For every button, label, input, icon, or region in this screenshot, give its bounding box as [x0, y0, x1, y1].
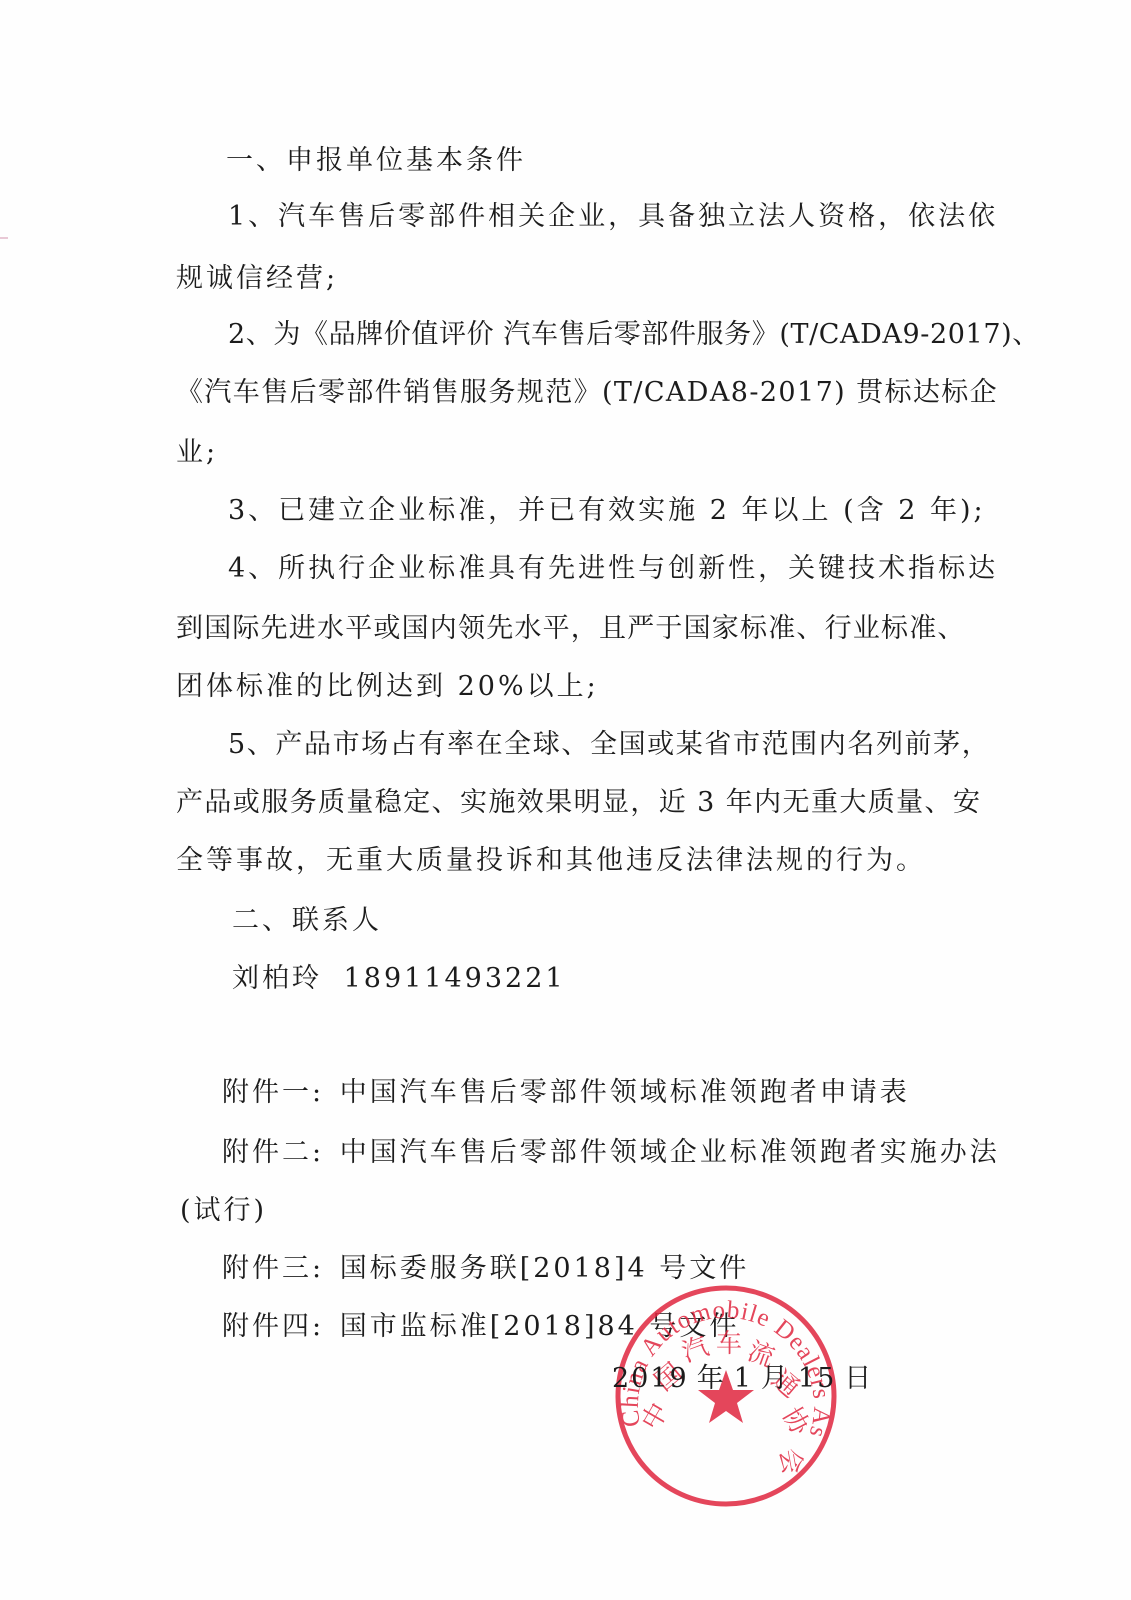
attachment-3: 附件三: 国标委服务联[2018]4 号文件 — [222, 1252, 749, 1286]
date-year: 2019 — [612, 1363, 689, 1394]
attachment-label: 附件四: — [222, 1311, 324, 1342]
condition-item-4-line-3: 团体标准的比例达到 20%以上; — [176, 670, 599, 704]
condition-item-3-line-1: 3、已建立企业标准，并已有效实施 2 年以上 (含 2 年); — [228, 494, 986, 528]
date-day: 15 — [798, 1363, 836, 1394]
svg-text:会: 会 — [773, 1446, 807, 1477]
attachment-label: 附件三: — [222, 1253, 324, 1284]
condition-item-2-line-2: 《汽车售后零部件销售服务规范》(T/CADA8-2017) 贯标达标企 — [176, 376, 998, 410]
date-month: 1 — [734, 1363, 753, 1394]
svg-text:中: 中 — [636, 1398, 675, 1436]
attachment-1: 附件一: 中国汽车售后零部件领域标准领跑者申请表 — [222, 1076, 910, 1110]
condition-item-4-line-1: 4、所执行企业标准具有先进性与创新性，关键技术指标达 — [228, 552, 998, 586]
date-month-unit: 月 — [761, 1363, 790, 1394]
condition-item-1-line-1: 1、汽车售后零部件相关企业，具备独立法人资格，依法依 — [228, 200, 998, 234]
attachment-2-continuation: (试行) — [180, 1194, 267, 1228]
date-day-unit: 日 — [844, 1363, 873, 1394]
date-year-unit: 年 — [697, 1363, 726, 1394]
section-heading-conditions: 一、申报单位基本条件 — [226, 144, 526, 178]
attachment-label: 附件一: — [222, 1077, 324, 1108]
document-date: 2019年1月15日 — [612, 1362, 881, 1396]
condition-item-2-line-3: 业; — [176, 436, 218, 470]
section-heading-contact: 二、联系人 — [232, 904, 382, 938]
contact-phone: 18911493221 — [344, 963, 566, 994]
attachment-title: 中国汽车售后零部件领域标准领跑者申请表 — [340, 1077, 910, 1108]
condition-item-1-line-2: 规诚信经营; — [176, 262, 338, 296]
attachment-label: 附件二: — [222, 1137, 324, 1168]
attachment-4: 附件四: 国市监标准[2018]84 号文件 — [222, 1310, 739, 1344]
condition-item-4-line-2: 到国际先进水平或国内领先水平，且严于国家标准、行业标准、 — [176, 612, 966, 646]
attachment-title: 国标委服务联[2018]4 号文件 — [340, 1253, 750, 1284]
attachment-title: 中国汽车售后零部件领域企业标准领跑者实施办法 — [340, 1137, 1000, 1168]
document-page: 一、申报单位基本条件 1、汽车售后零部件相关企业，具备独立法人资格，依法依 规诚… — [0, 0, 1131, 1600]
contact-name: 刘柏玲 — [232, 963, 322, 994]
condition-item-5-line-1: 5、产品市场占有率在全球、全国或某省市范围内名列前茅， — [228, 728, 990, 762]
attachment-2: 附件二: 中国汽车售后零部件领域企业标准领跑者实施办法 — [222, 1136, 1000, 1170]
condition-item-5-line-2: 产品或服务质量稳定、实施效果明显，近 3 年内无重大质量、安 — [176, 786, 981, 820]
svg-text:协: 协 — [776, 1403, 815, 1441]
contact-line: 刘柏玲 18911493221 — [232, 962, 566, 996]
attachment-title: 国市监标准[2018]84 号文件 — [340, 1311, 740, 1342]
condition-item-2-line-1: 2、为《品牌价值评价 汽车售后零部件服务》(T/CADA9-2017)、 — [228, 318, 1040, 352]
condition-item-5-line-3: 全等事故，无重大质量投诉和其他违反法律法规的行为。 — [176, 844, 926, 878]
scan-edge-mark — [0, 237, 8, 239]
